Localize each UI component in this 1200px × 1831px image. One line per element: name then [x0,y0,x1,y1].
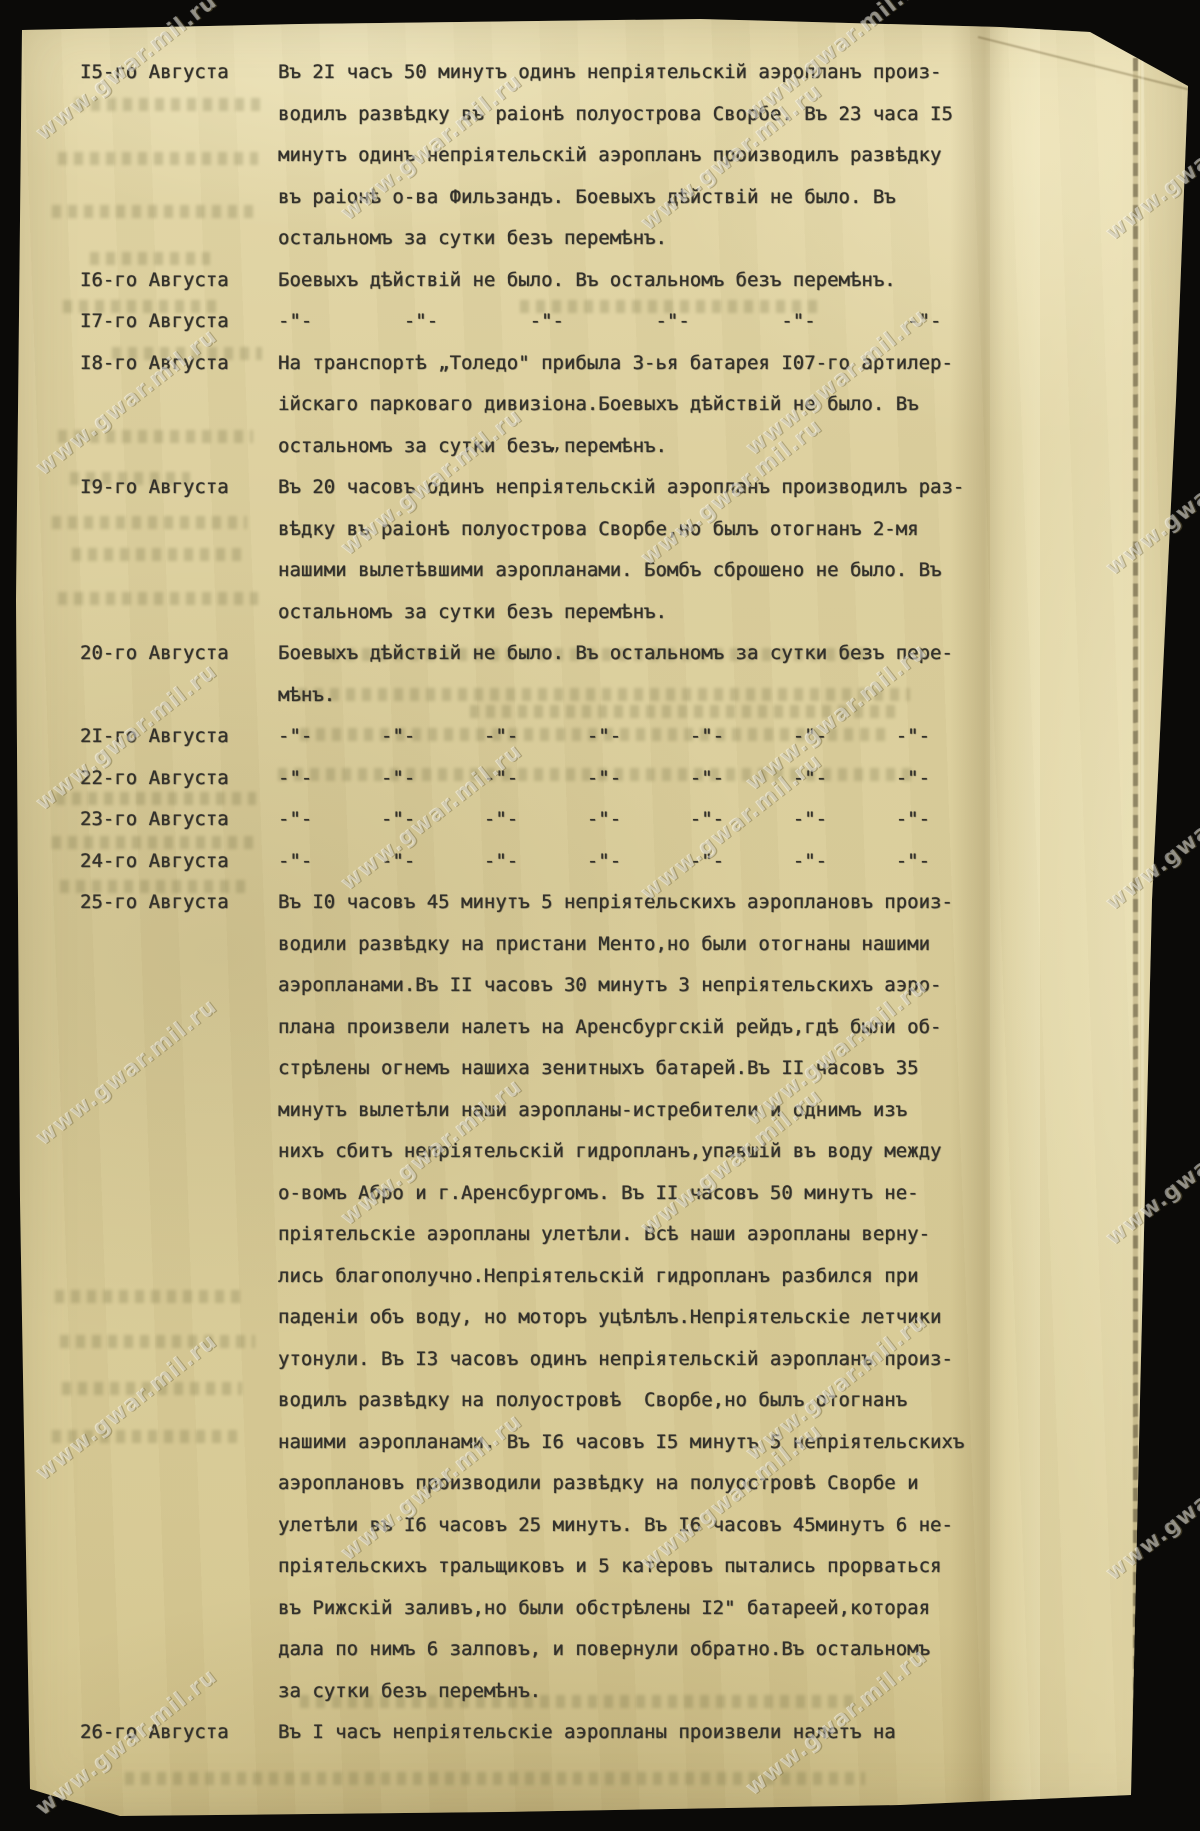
entry-line: остальномъ за сутки безъ перемѣнъ. [278,218,1080,260]
ditto-line: -"- -"- -"- -"- -"- -"- -"- [278,716,1080,758]
entry-line: Боевыхъ дѣйствій не было. Въ остальномъ … [278,633,1080,675]
entry-lines: -"- -"- -"- -"- -"- -"- -"- [278,841,1080,883]
journal-entry: 26-го АвгустаВъ I часъ непріятельскіе аэ… [80,1712,1080,1754]
entry-date: 20-го Августа [80,633,278,675]
entry-line: аэропланами.Въ II часовъ 30 минутъ 3 неп… [278,965,1080,1007]
bleed-through-ghost [125,1772,865,1785]
ditto-line: -"- -"- -"- -"- -"- -"- -"- [278,799,1080,841]
entry-line: за сутки безъ перемѣнъ. [278,1671,1080,1713]
entry-lines: Въ 2I часъ 50 минутъ одинъ непріятельскі… [278,52,1080,260]
entry-line: Въ 2I часъ 50 минутъ одинъ непріятельскі… [278,52,1080,94]
entry-line: пріятельскихъ тральщиковъ и 5 катеровъ п… [278,1546,1080,1588]
entry-date: I5-го Августа [80,52,278,94]
entry-line: аэроплановъ производили развѣдку на полу… [278,1463,1080,1505]
ditto-line: -"- -"- -"- -"- -"- -"- [278,301,1080,343]
journal-entry: I9-го АвгустаВъ 20 часовъ одинъ непріяте… [80,467,1080,633]
entry-lines: Въ I часъ непріятельскіе аэропланы произ… [278,1712,1080,1754]
entry-lines: -"- -"- -"- -"- -"- -"- -"- [278,799,1080,841]
entry-line: минутъ одинъ непріятельскій аэропланъ пр… [278,135,1080,177]
ditto-line: -"- -"- -"- -"- -"- -"- -"- [278,841,1080,883]
entry-line: улетѣли въ I6 часовъ 25 минутъ. Въ I6 ча… [278,1505,1080,1547]
entry-lines: -"- -"- -"- -"- -"- -"- [278,301,1080,343]
entry-line: остальномъ за сутки безъ перемѣнъ. [278,592,1080,634]
entry-line: минутъ вылетѣли наши аэропланы-истребите… [278,1090,1080,1132]
entry-line: въ Рижскій заливъ,но были обстрѣлены I2"… [278,1588,1080,1630]
entry-lines: Боевыхъ дѣйствій не было. Въ остальномъ … [278,633,1080,716]
entry-lines: На транспортѣ „Толедо" прибыла 3-ья бата… [278,343,1080,468]
journal-entry: 22-го Августа-"- -"- -"- -"- -"- -"- -"- [80,758,1080,800]
entry-date: 2I-го Августа [80,716,278,758]
journal-entry: 25-го АвгустаВъ I0 часовъ 45 минутъ 5 не… [80,882,1080,1712]
entry-lines: -"- -"- -"- -"- -"- -"- -"- [278,716,1080,758]
stitch-seam [1133,58,1138,1798]
entry-line: водили развѣдку на пристани Менто,но был… [278,924,1080,966]
entry-date: I6-го Августа [80,260,278,302]
entry-line: нашими вылетѣвшими аэропланами. Бомбъ сб… [278,550,1080,592]
entry-line: ійскаго парковаго дивизіона.Боевыхъ дѣйс… [278,384,1080,426]
journal-entry: I6-го АвгустаБоевыхъ дѣйствій не было. В… [80,260,1080,302]
journal-entry: 24-го Августа-"- -"- -"- -"- -"- -"- -"- [80,841,1080,883]
entry-line: остальномъ за сутки безъ перемѣнъ. [278,426,1080,468]
journal-entry: 23-го Августа-"- -"- -"- -"- -"- -"- -"- [80,799,1080,841]
entry-line: пріятельскіе аэропланы улетѣли. Всѣ наши… [278,1214,1080,1256]
entry-line: утонули. Въ I3 часовъ одинъ непріятельск… [278,1339,1080,1381]
entry-line: Боевыхъ дѣйствій не было. Въ остальномъ … [278,260,1080,302]
stray-quote-mark: „ [549,433,560,455]
entry-lines: Въ I0 часовъ 45 минутъ 5 непріятельскихъ… [278,882,1080,1712]
journal-entry: I5-го АвгустаВъ 2I часъ 50 минутъ одинъ … [80,52,1080,260]
entry-line: нихъ сбитъ непріятельскій гидропланъ,упа… [278,1131,1080,1173]
entry-line: Въ I0 часовъ 45 минутъ 5 непріятельскихъ… [278,882,1080,924]
entry-lines: Въ 20 часовъ одинъ непріятельскій аэропл… [278,467,1080,633]
entry-line: нашими аэропланами. Въ I6 часовъ I5 мину… [278,1422,1080,1464]
journal-entry: 2I-го Августа-"- -"- -"- -"- -"- -"- -"- [80,716,1080,758]
entry-date: 26-го Августа [80,1712,278,1754]
entry-line: водилъ развѣдку на полуостровѣ Сворбе,но… [278,1380,1080,1422]
paper-sheet: I5-го АвгустаВъ 2I часъ 50 минутъ одинъ … [0,0,1200,1831]
document-scan: I5-го АвгустаВъ 2I часъ 50 минутъ одинъ … [0,0,1200,1831]
entry-line: стрѣлены огнемъ нашиха зенитныхъ батарей… [278,1048,1080,1090]
journal-entry: I7-го Августа-"- -"- -"- -"- -"- -"- [80,301,1080,343]
entry-line: На транспортѣ „Толедо" прибыла 3-ья бата… [278,343,1080,385]
entry-date: 25-го Августа [80,882,278,924]
entry-line: Въ 20 часовъ одинъ непріятельскій аэропл… [278,467,1080,509]
entry-line: плана произвели налетъ на Аренсбургскій … [278,1007,1080,1049]
journal-entries: I5-го АвгустаВъ 2I часъ 50 минутъ одинъ … [80,52,1080,1754]
entry-line: въ раіонѣ о-ва Фильзандъ. Боевыхъ дѣйств… [278,177,1080,219]
entry-line: водилъ развѣдку въ раіонѣ полуострова Св… [278,94,1080,136]
stitch-seam-highlight [1141,60,1144,1795]
entry-date: 23-го Августа [80,799,278,841]
entry-line: вѣдку въ раіонѣ полуострова Сворбе,но бы… [278,509,1080,551]
entry-date: I7-го Августа [80,301,278,343]
entry-line: лись благополучно.Непріятельскій гидропл… [278,1256,1080,1298]
entry-line: о-вомъ Абро и г.Аренсбургомъ. Въ II часо… [278,1173,1080,1215]
entry-date: I8-го Августа [80,343,278,385]
entry-lines: Боевыхъ дѣйствій не было. Въ остальномъ … [278,260,1080,302]
ditto-line: -"- -"- -"- -"- -"- -"- -"- [278,758,1080,800]
entry-date: 24-го Августа [80,841,278,883]
entry-line: мѣнъ. [278,675,1080,717]
bleed-through-ghost [300,1818,800,1831]
entry-lines: -"- -"- -"- -"- -"- -"- -"- [278,758,1080,800]
entry-line: паденіи объ воду, но моторъ уцѣлѣлъ.Непр… [278,1297,1080,1339]
journal-entry: I8-го АвгустаНа транспортѣ „Толедо" приб… [80,343,1080,468]
journal-entry: 20-го АвгустаБоевыхъ дѣйствій не было. В… [80,633,1080,716]
entry-date: 22-го Августа [80,758,278,800]
entry-date: I9-го Августа [80,467,278,509]
entry-line: Въ I часъ непріятельскіе аэропланы произ… [278,1712,1080,1754]
entry-line: дала по нимъ 6 залповъ, и повернули обра… [278,1629,1080,1671]
